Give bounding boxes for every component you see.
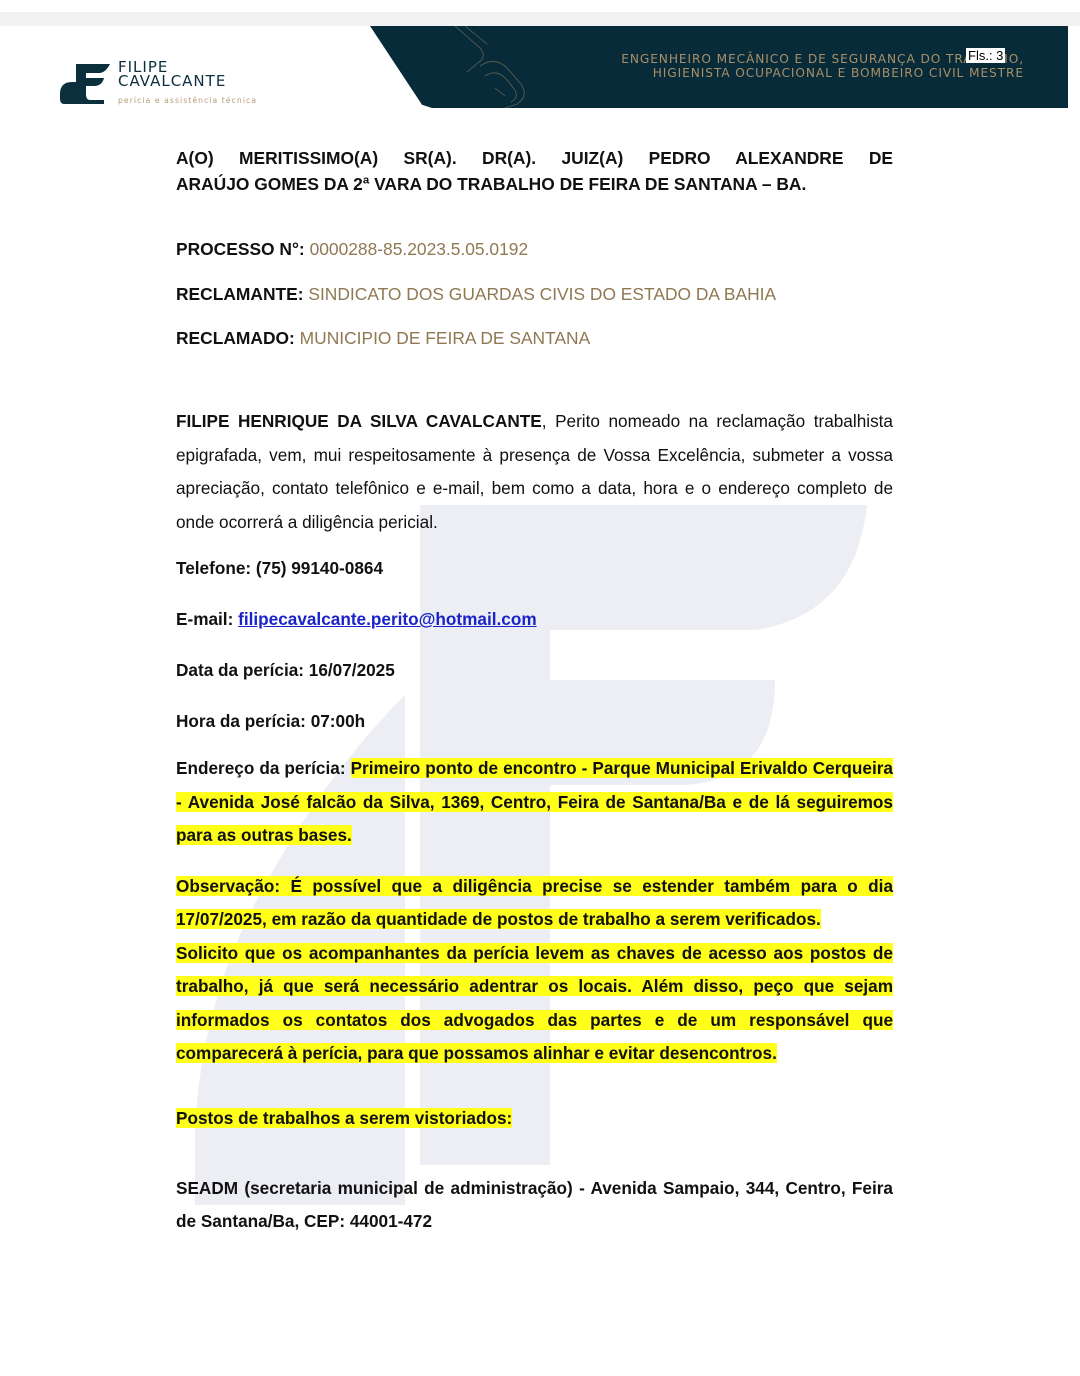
phone-label: Telefone: (176, 558, 251, 578)
addressee-line1: A(O) MERITISSIMO(A) SR(A). DR(A). JUIZ(A… (176, 145, 893, 171)
page-stamp: Fls.: 3 (966, 48, 1005, 63)
posts-heading-line: Postos de trabalhos a serem vistoriados: (176, 1107, 893, 1129)
email-line: E-mail: filipecavalcante.perito@hotmail.… (176, 608, 893, 630)
banner-line1: ENGENHEIRO MECÂNICO E DE SEGURANÇA DO TR… (621, 52, 1024, 66)
reclamado-label: RECLAMADO: (176, 328, 295, 348)
reclamante-label: RECLAMANTE: (176, 284, 304, 304)
reclamante-value: SINDICATO DOS GUARDAS CIVIS DO ESTADO DA… (308, 284, 776, 304)
request-text: Solicito que os acompanhantes da perícia… (176, 943, 893, 1064)
email-link[interactable]: filipecavalcante.perito@hotmail.com (238, 609, 537, 629)
intro-paragraph: FILIPE HENRIQUE DA SILVA CAVALCANTE, Per… (176, 405, 893, 539)
banner-line2: HIGIENISTA OCUPACIONAL E BOMBEIRO CIVIL … (621, 66, 1024, 80)
expert-name: FILIPE HENRIQUE DA SILVA CAVALCANTE (176, 411, 542, 431)
observation-text: Observação: É possível que a diligência … (176, 876, 893, 930)
addressee-line2: ARAÚJO GOMES DA 2ª VARA DO TRABALHO DE F… (176, 174, 806, 194)
banner-emblem-icon (425, 26, 535, 108)
posts-heading: Postos de trabalhos a serem vistoriados: (176, 1108, 512, 1128)
reclamante-line: RECLAMANTE: SINDICATO DOS GUARDAS CIVIS … (176, 283, 893, 305)
processo-label: PROCESSO N°: (176, 239, 305, 259)
phone-value: (75) 99140-0864 (256, 558, 383, 578)
date-value: 16/07/2025 (309, 660, 395, 680)
time-label: Hora da perícia: (176, 711, 306, 731)
post-item: SEADM (secretaria municipal de administr… (176, 1172, 893, 1239)
brand-name-line2: CAVALCANTE (118, 74, 226, 88)
processo-value: 0000288-85.2023.5.05.0192 (310, 239, 529, 259)
time-line: Hora da perícia: 07:00h (176, 710, 893, 732)
observation-paragraph: Observação: É possível que a diligência … (176, 870, 893, 1071)
address-paragraph: Endereço da perícia: Primeiro ponto de e… (176, 752, 893, 853)
processo-line: PROCESSO N°: 0000288-85.2023.5.05.0192 (176, 238, 893, 260)
document-body: A(O) MERITISSIMO(A) SR(A). DR(A). JUIZ(A… (176, 145, 893, 1239)
addressee: A(O) MERITISSIMO(A) SR(A). DR(A). JUIZ(A… (176, 145, 893, 197)
time-value: 07:00h (311, 711, 365, 731)
phone-line: Telefone: (75) 99140-0864 (176, 557, 893, 579)
reclamado-line: RECLAMADO: MUNICIPIO DE FEIRA DE SANTANA (176, 327, 893, 349)
brand-logo: FILIPE CAVALCANTE perícia e assistência … (60, 60, 260, 110)
reclamado-value: MUNICIPIO DE FEIRA DE SANTANA (300, 328, 591, 348)
post-item-text: SEADM (secretaria municipal de administr… (176, 1178, 893, 1232)
date-label: Data da perícia: (176, 660, 304, 680)
email-label: E-mail: (176, 609, 233, 629)
banner-title: ENGENHEIRO MECÂNICO E DE SEGURANÇA DO TR… (621, 52, 1024, 80)
page-separator (0, 12, 1080, 26)
cf-logo-icon (60, 64, 112, 104)
letterhead: FILIPE CAVALCANTE perícia e assistência … (0, 26, 1080, 110)
brand-name: FILIPE CAVALCANTE (118, 60, 226, 88)
top-margin (0, 0, 1080, 12)
address-label: Endereço da perícia: (176, 758, 346, 778)
brand-tagline: perícia e assistência técnica (118, 96, 257, 105)
date-line: Data da perícia: 16/07/2025 (176, 659, 893, 681)
